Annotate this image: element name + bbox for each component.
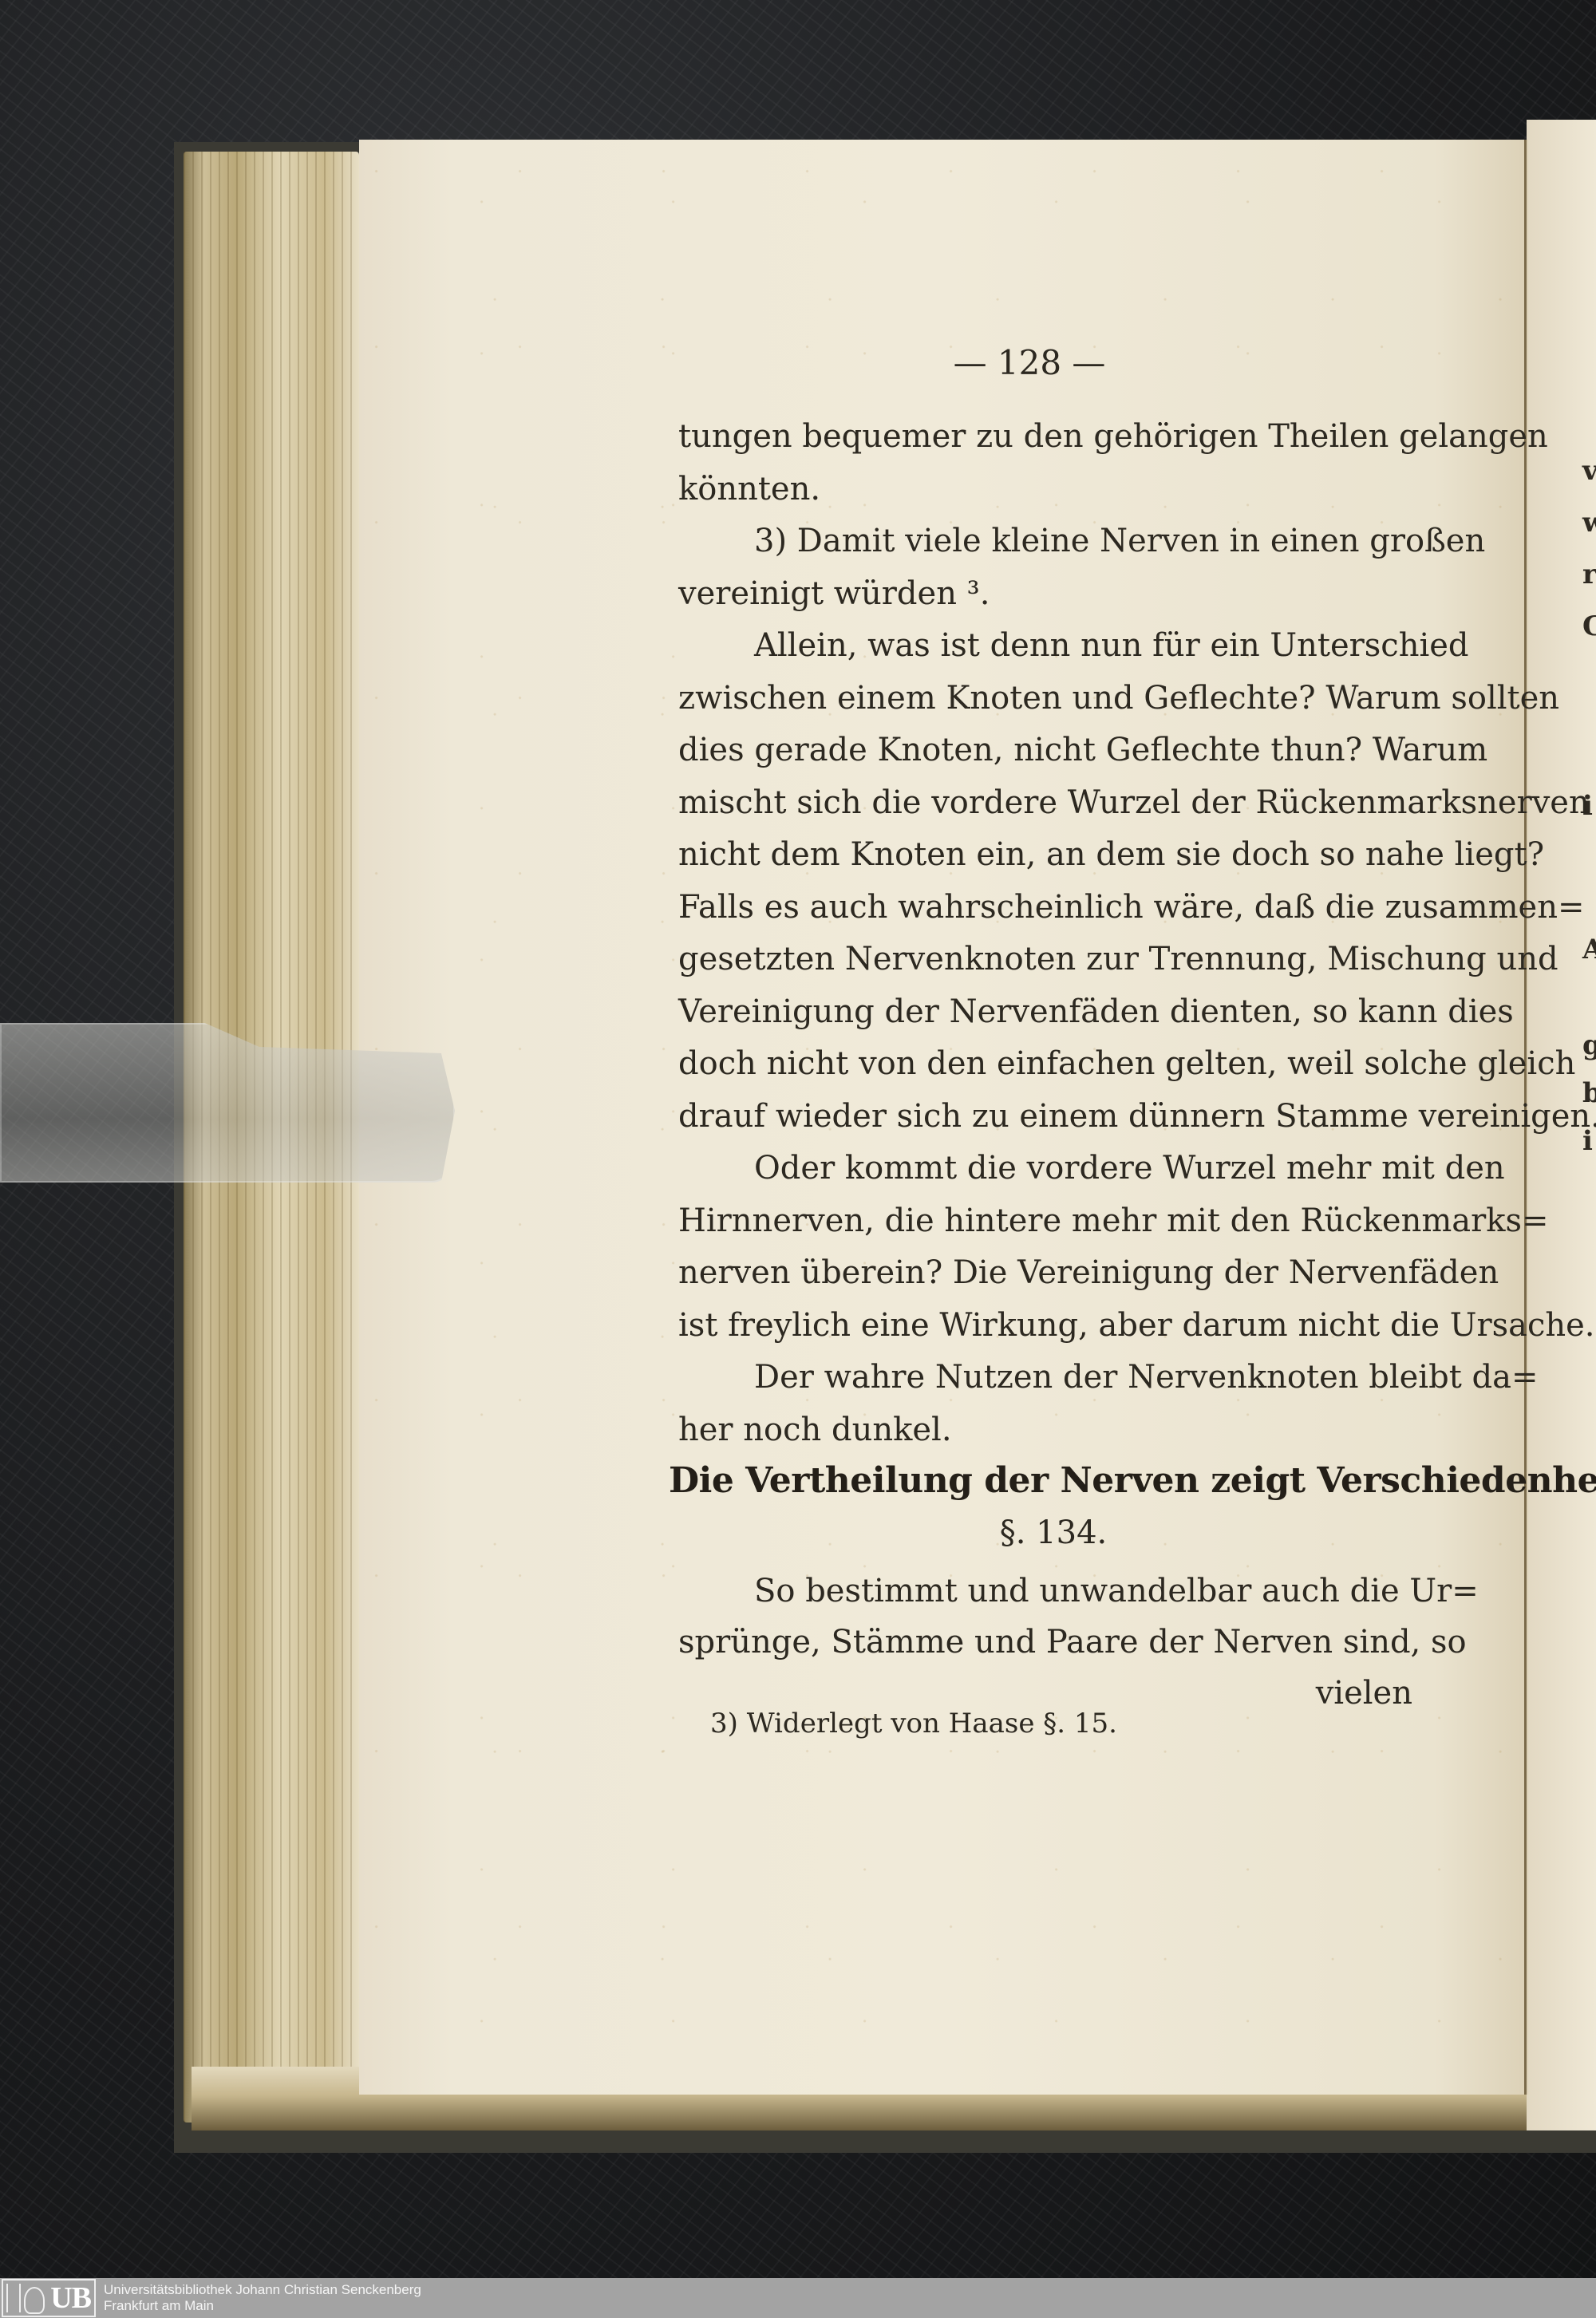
section-number: §. 134. [958,1514,1149,1551]
library-footer: UB Universitätsbibliothek Johann Christi… [0,2278,1596,2318]
text-line: mischt sich die vordere Wurzel der Rücke… [678,777,1412,830]
ub-logo-text: UB [50,2280,91,2316]
text-line: doch nicht von den einfachen gelten, wei… [678,1038,1412,1091]
text-line: Allein, was ist denn nun für ein Untersc… [678,620,1412,673]
text-line: nicht dem Knoten ein, an dem sie doch so… [678,829,1412,882]
ub-logo: UB [2,2279,96,2317]
text-line: her noch dunkel. [678,1404,1412,1457]
text-line: tungen bequemer zu den gehörigen Theilen… [678,411,1412,464]
text-line: Hirnnerven, die hintere mehr mit den Rüc… [678,1195,1412,1248]
section-heading: Die Vertheilung der Nerven zeigt Verschi… [669,1460,1427,1501]
body-text: tungen bequemer zu den gehörigen Theilen… [678,411,1412,1456]
text-line: sprünge, Stämme und Paare der Nerven sin… [678,1617,1412,1668]
text-line: So bestimmt und unwandelbar auch die Ur= [678,1566,1412,1617]
text-line: Oder kommt die vordere Wurzel mehr mit d… [678,1143,1412,1195]
section-body: So bestimmt und unwandelbar auch die Ur=… [678,1566,1412,1719]
text-line: Der wahre Nutzen der Nervenknoten bleibt… [678,1352,1412,1404]
facing-page-fragment: w [1582,507,1596,539]
facing-page-fragment: r [1582,559,1596,590]
text-line: gesetzten Nervenknoten zur Trennung, Mis… [678,934,1412,986]
facing-page-fragment: vi [1582,455,1596,487]
text-line: 3) Damit viele kleine Nerven in einen gr… [678,515,1412,568]
portrait-icon [24,2287,45,2314]
text-line: nerven überein? Die Vereinigung der Nerv… [678,1247,1412,1300]
facing-page-fragment: G [1582,610,1596,642]
facing-page-fragment: g [1582,1029,1596,1061]
text-line: ist freylich eine Wirkung, aber darum ni… [678,1300,1412,1352]
page-number: — 128 — [926,343,1133,382]
text-line: dies gerade Knoten, nicht Geflechte thun… [678,725,1412,777]
institution-city: Frankfurt am Main [104,2298,421,2314]
text-line: Vereinigung der Nervenfäden dienten, so … [678,986,1412,1039]
facing-page-fragment: A [1582,934,1596,966]
footnote: 3) Widerlegt von Haase §. 15. [710,1708,1117,1739]
text-line: zwischen einem Knoten und Geflechte? War… [678,673,1412,725]
text-line: vereinigt würden ³. [678,568,1412,621]
text-line: könnten. [678,464,1412,516]
book-icon [6,2284,21,2312]
text-line: drauf wieder sich zu einem dünnern Stamm… [678,1091,1412,1143]
institution-name: Universitätsbibliothek Johann Christian … [104,2282,421,2298]
footer-text: Universitätsbibliothek Johann Christian … [104,2282,421,2314]
text-line: Falls es auch wahrscheinlich wäre, daß d… [678,882,1412,934]
